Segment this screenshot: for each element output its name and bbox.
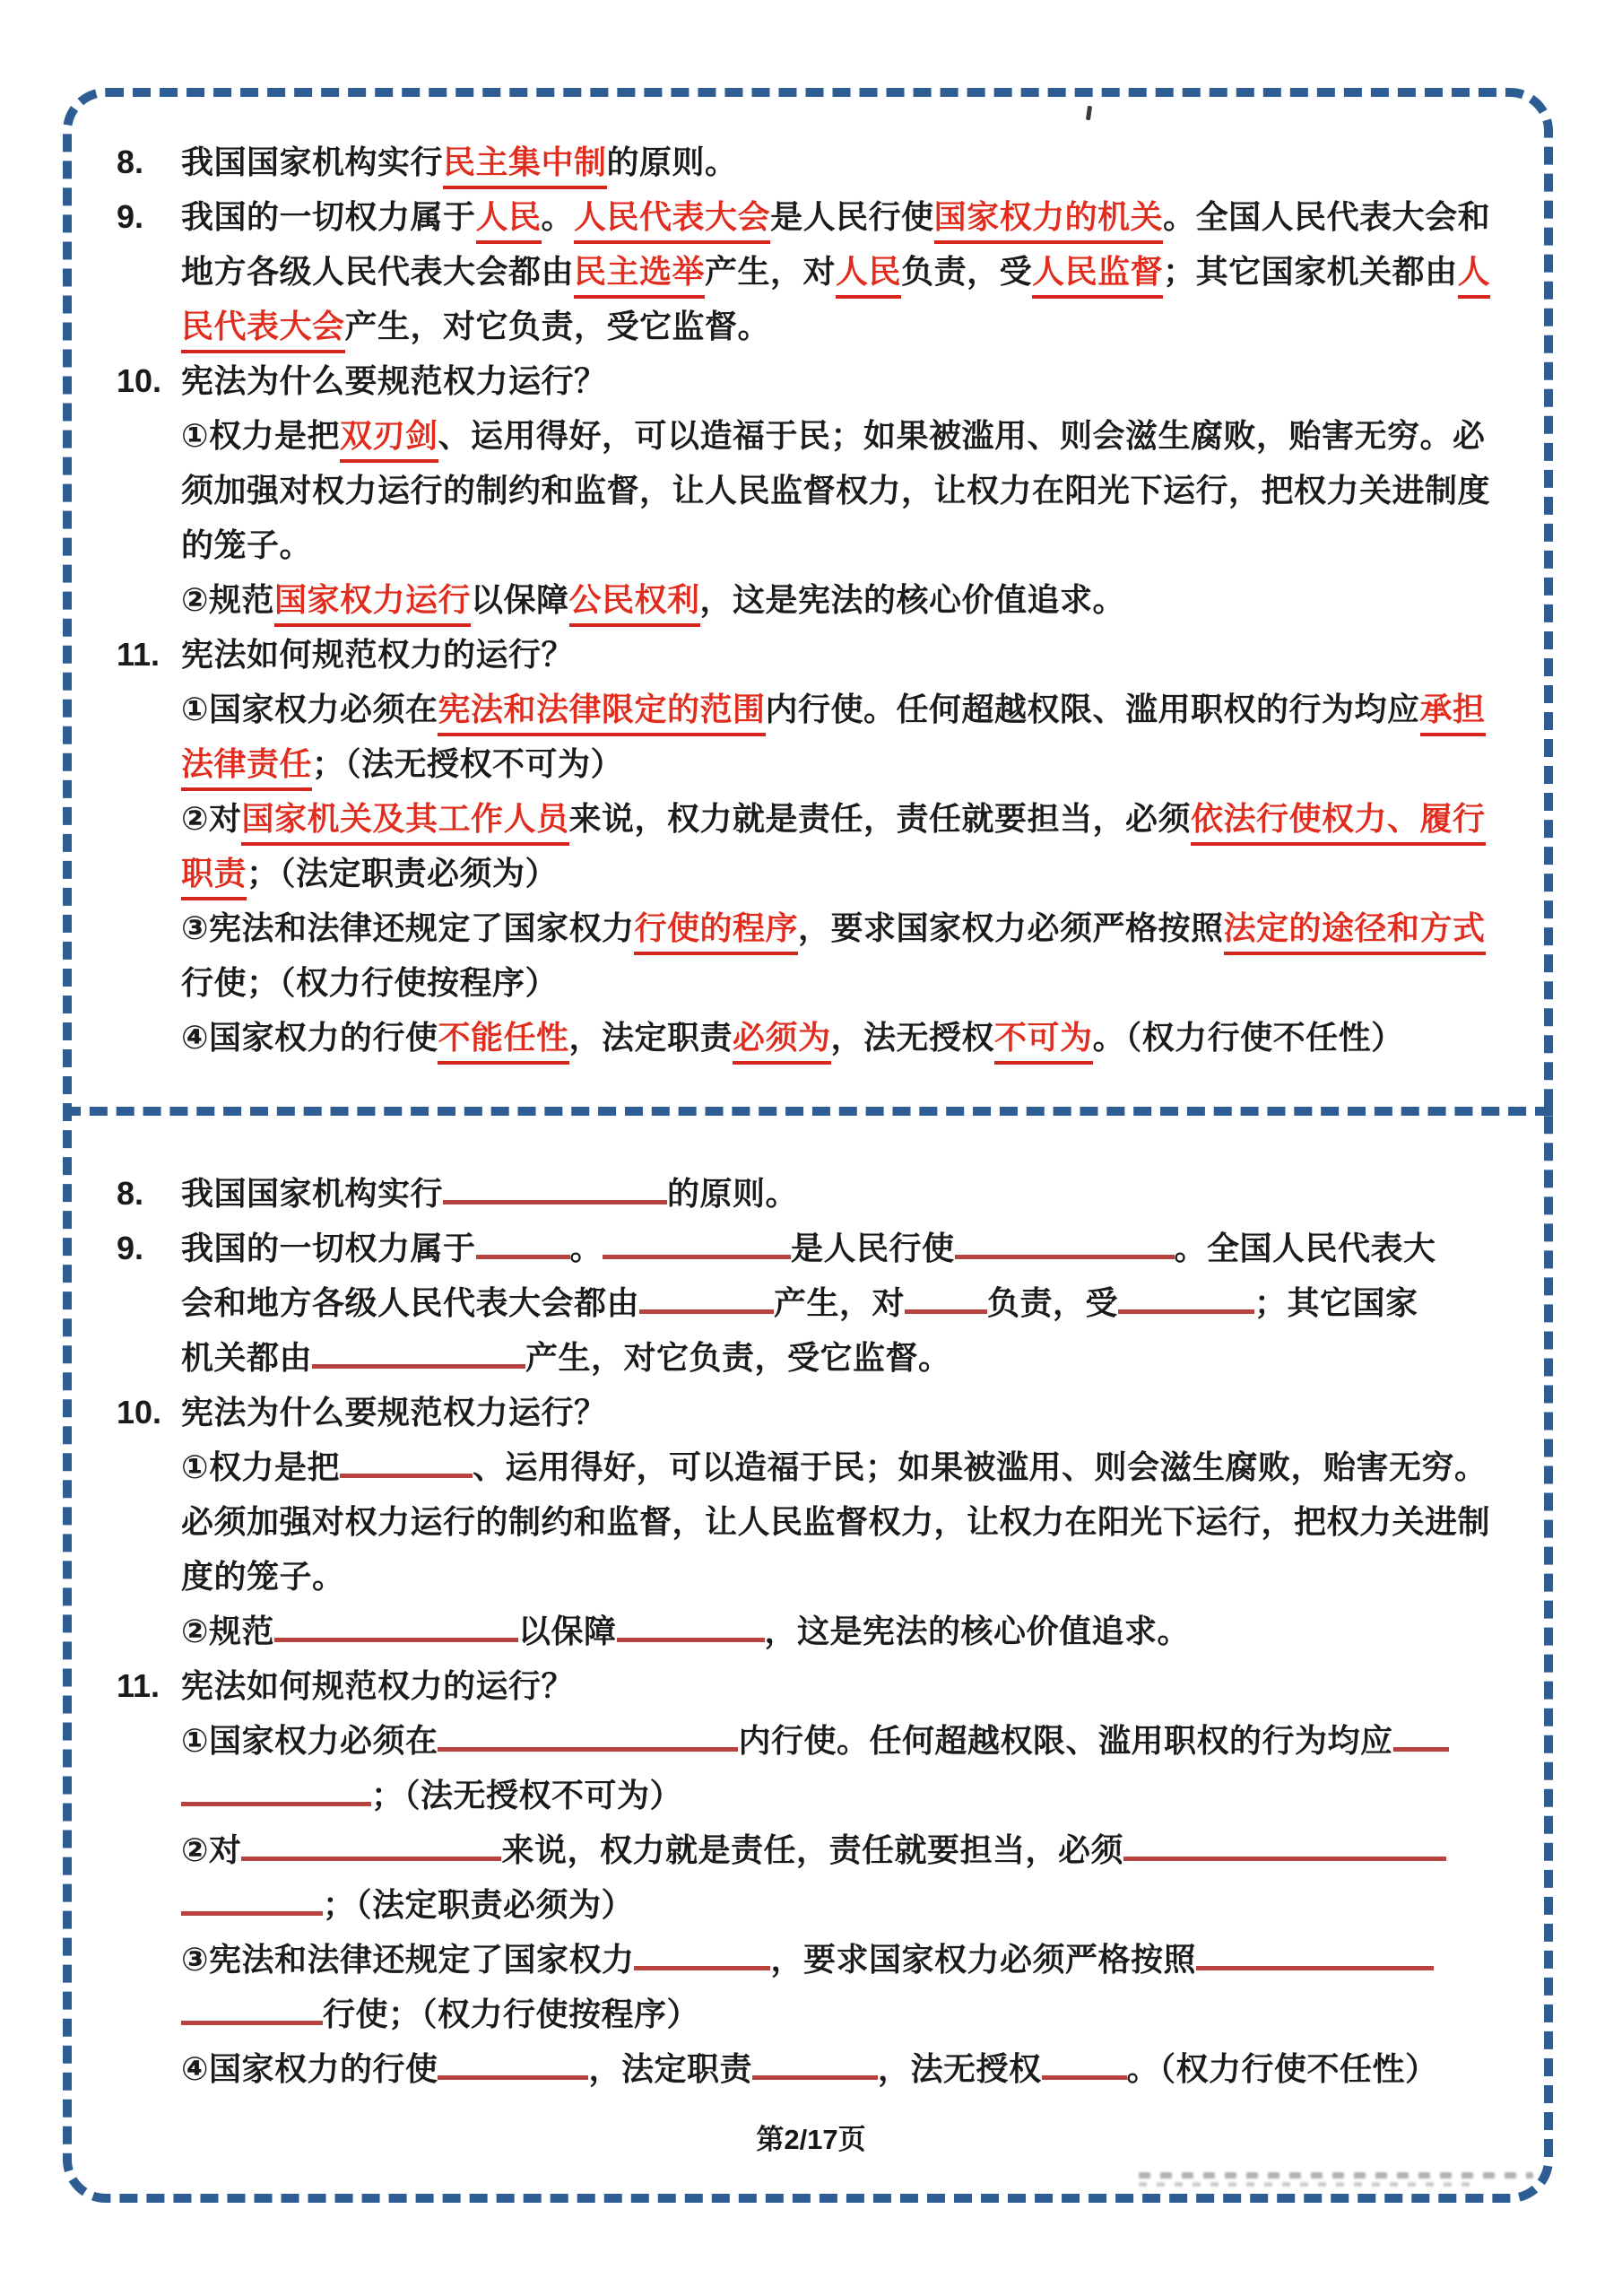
blank-line — [443, 1191, 667, 1205]
text-segment: 的原则。 — [607, 143, 738, 180]
text-line: 地方各级人民代表大会都由民主选举产生，对人民负责，受人民监督；其它国家机关都由人 — [181, 244, 1517, 299]
answer-text: 双刃剑 — [340, 413, 438, 463]
item-content: 宪法如何规范权力的运行？①国家权力必须在内行使。任何超越权限、滥用职权的行为均应… — [181, 1658, 1517, 2096]
answer-text: 人民代表大会 — [574, 195, 770, 244]
text-line: ④国家权力的行使不能任性，法定职责必须为，法无授权不可为。（权力行使不任性） — [181, 1010, 1517, 1065]
text-line: 宪法为什么要规范权力运行？ — [181, 1385, 1517, 1439]
text-segment: 我国的一切权力属于 — [181, 1230, 476, 1266]
item-content: 我国的一切权力属于人民。人民代表大会是人民行使国家权力的机关。全国人民代表大会和… — [181, 189, 1517, 353]
text-segment: ，法无授权 — [831, 1019, 995, 1056]
blank-line — [634, 1957, 770, 1970]
blank-line — [181, 1793, 371, 1806]
text-line: 行使；（权力行使按程序） — [181, 955, 1517, 1010]
text-segment: 产生，对它负责，受它监督。 — [345, 308, 771, 344]
watermark-scribble-bottom — [1139, 2182, 1478, 2187]
answer-text: 国家权力的机关 — [934, 195, 1164, 244]
text-segment: ，法定职责 — [569, 1019, 733, 1056]
text-segment: ；（法无授权不可为） — [371, 1777, 682, 1813]
item-number: 10. — [117, 1385, 181, 1439]
dashed-border-box: 8.我国国家机构实行民主集中制的原则。9.我国的一切权力属于人民。人民代表大会是… — [63, 88, 1553, 2203]
text-segment: ①权力是把 — [181, 417, 340, 454]
item-content: 我国国家机构实行民主集中制的原则。 — [181, 135, 1517, 189]
text-line: ①国家权力必须在宪法和法律限定的范围内行使。任何超越权限、滥用职权的行为均应承担 — [181, 682, 1517, 736]
item-number: 9. — [117, 1221, 181, 1275]
text-segment: 来说，权力就是责任，责任就要担当，必须 — [569, 800, 1192, 837]
text-segment: 是人民行使 — [791, 1230, 955, 1266]
text-line: 必须加强对权力运行的制约和监督，让人民监督权力，让权力在阳光下运行，把权力关进制 — [181, 1494, 1517, 1549]
text-line: 宪法如何规范权力的运行？ — [181, 1658, 1517, 1713]
text-segment: ①国家权力必须在 — [181, 1722, 438, 1759]
text-segment: 以保障 — [471, 581, 569, 618]
text-segment: 行使；（权力行使按程序） — [181, 964, 558, 1001]
blank-line — [1123, 1848, 1446, 1861]
text-line: 民代表大会产生，对它负责，受它监督。 — [181, 299, 1517, 353]
text-line: ③宪法和法律还规定了国家权力，要求国家权力必须严格按照 — [181, 1932, 1517, 1987]
text-segment: ③宪法和法律还规定了国家权力 — [181, 909, 634, 946]
text-line: 会和地方各级人民代表大会都由产生，对负责，受；其它国家 — [181, 1275, 1517, 1330]
text-segment: 、运用得好，可以造福于民；如果被滥用、则会滋生腐败，贻害无穷。 — [473, 1448, 1488, 1485]
watermark-scribble-top — [1139, 2172, 1533, 2179]
text-line: 职责；（法定职责必须为） — [181, 846, 1517, 900]
text-segment: 我国国家机构实行 — [181, 143, 443, 180]
answer-text: 行使的程序 — [634, 906, 798, 955]
text-line: ；（法定职责必须为） — [181, 1877, 1517, 1932]
page-number: 第2/17页 — [0, 2117, 1622, 2157]
text-segment: 宪法为什么要规范权力运行？ — [181, 1394, 607, 1431]
text-segment: 以保障 — [518, 1613, 617, 1649]
text-line: ②规范以保障，这是宪法的核心价值追求。 — [181, 1604, 1517, 1658]
text-segment: ，要求国家权力必须严格按照 — [798, 909, 1224, 946]
answer-text: 必须为 — [733, 1015, 831, 1065]
answer-text: 法定的途径和方式 — [1224, 906, 1486, 955]
answer-text: 民代表大会 — [181, 304, 345, 353]
section-divider — [63, 1107, 1553, 1116]
blank-line — [905, 1300, 987, 1314]
item-number: 10. — [117, 353, 181, 408]
blank-line — [312, 1355, 525, 1369]
question-item: 9.我国的一切权力属于。是人民行使。全国人民代表大会和地方各级人民代表大会都由产… — [117, 1221, 1517, 1385]
text-segment: ②对 — [181, 800, 241, 837]
text-line: 我国的一切权力属于。是人民行使。全国人民代表大 — [181, 1221, 1517, 1275]
answer-text: 承担 — [1420, 687, 1486, 736]
text-line: 机关都由产生，对它负责，受它监督。 — [181, 1330, 1517, 1385]
blank-line — [340, 1465, 473, 1478]
text-line: ④国家权力的行使，法定职责，法无授权。（权力行使不任性） — [181, 2041, 1517, 2096]
text-segment: ，这是宪法的核心价值追求。 — [700, 581, 1126, 618]
text-segment: 须加强对权力运行的制约和监督，让人民监督权力，让权力在阳光下运行，把权力关进制度 — [181, 472, 1490, 509]
text-segment: ②规范 — [181, 581, 274, 618]
blank-line — [181, 1902, 323, 1916]
fill-in-blank-section: 8.我国国家机构实行的原则。9.我国的一切权力属于。是人民行使。全国人民代表大会… — [117, 1166, 1517, 2096]
text-segment: 必须加强对权力运行的制约和监督，让人民监督权力，让权力在阳光下运行，把权力关进制 — [181, 1503, 1490, 1540]
text-segment: 负责，受 — [987, 1284, 1118, 1321]
text-segment: 的笼子。 — [181, 526, 312, 563]
text-line: ①权力是把双刃剑、运用得好，可以造福于民；如果被滥用、则会滋生腐败，贻害无穷。必 — [181, 408, 1517, 463]
text-line: ③宪法和法律还规定了国家权力行使的程序，要求国家权力必须严格按照法定的途径和方式 — [181, 900, 1517, 955]
text-segment: 内行使。任何超越权限、滥用职权的行为均应 — [766, 691, 1420, 727]
text-line: 度的笼子。 — [181, 1549, 1517, 1604]
text-segment: 产生，对 — [774, 1284, 905, 1321]
item-number: 8. — [117, 1166, 181, 1221]
text-line: ①权力是把、运用得好，可以造福于民；如果被滥用、则会滋生腐败，贻害无穷。 — [181, 1439, 1517, 1494]
blank-line — [476, 1246, 570, 1259]
question-item: 11.宪法如何规范权力的运行？①国家权力必须在宪法和法律限定的范围内行使。任何超… — [117, 627, 1517, 1065]
text-segment: 产生，对 — [705, 253, 836, 290]
answer-text: 人 — [1458, 249, 1491, 299]
item-number: 11. — [117, 627, 181, 682]
question-item: 9.我国的一切权力属于人民。人民代表大会是人民行使国家权力的机关。全国人民代表大… — [117, 189, 1517, 353]
text-segment: 的原则。 — [667, 1175, 798, 1212]
text-segment: 。（权力行使不任性） — [1093, 1019, 1404, 1056]
text-segment: ；（法定职责必须为） — [247, 855, 558, 891]
text-segment: 产生，对它负责，受它监督。 — [525, 1339, 951, 1376]
text-line: ②规范国家权力运行以保障公民权利，这是宪法的核心价值追求。 — [181, 572, 1517, 627]
answer-text: 人民监督 — [1032, 249, 1163, 299]
answer-text: 人民 — [476, 195, 542, 244]
watermark-artifact — [1139, 2170, 1533, 2190]
answer-text: 公民权利 — [569, 578, 700, 627]
text-segment: ，法无授权 — [878, 2050, 1042, 2087]
blank-line — [617, 1629, 765, 1642]
answer-text: 民主集中制 — [443, 140, 607, 189]
text-segment: 行使；（权力行使按程序） — [323, 1996, 699, 2032]
text-line: ②对来说，权力就是责任，责任就要担当，必须 — [181, 1822, 1517, 1877]
question-item: 8.我国国家机构实行的原则。 — [117, 1166, 1517, 1221]
text-segment: 我国国家机构实行 — [181, 1175, 443, 1212]
text-segment: 我国的一切权力属于 — [181, 198, 476, 235]
blank-line — [1196, 1957, 1434, 1970]
text-segment: 。 — [570, 1230, 603, 1266]
text-segment: 宪法如何规范权力的运行？ — [181, 636, 574, 673]
blank-line — [438, 2066, 588, 2080]
text-segment: ，这是宪法的核心价值追求。 — [765, 1613, 1191, 1649]
blank-line — [752, 2066, 878, 2080]
blank-line — [955, 1246, 1175, 1259]
text-segment: 来说，权力就是责任，责任就要担当，必须 — [501, 1831, 1123, 1868]
text-segment: 、运用得好，可以造福于民；如果被滥用、则会滋生腐败，贻害无穷。必 — [438, 417, 1486, 454]
blank-line — [1393, 1738, 1449, 1752]
text-segment: 。 — [542, 198, 575, 235]
answer-text: 依法行使权力、履行 — [1191, 796, 1486, 846]
text-segment: 内行使。任何超越权限、滥用职权的行为均应 — [738, 1722, 1392, 1759]
item-content: 宪法为什么要规范权力运行？①权力是把双刃剑、运用得好，可以造福于民；如果被滥用、… — [181, 353, 1517, 627]
answer-text: 不可为 — [994, 1015, 1093, 1065]
text-line: 须加强对权力运行的制约和监督，让人民监督权力，让权力在阳光下运行，把权力关进制度 — [181, 463, 1517, 517]
item-number: 11. — [117, 1658, 181, 1713]
item-content: 我国国家机构实行的原则。 — [181, 1166, 1517, 1221]
text-line: 的笼子。 — [181, 517, 1517, 572]
text-line: ②对国家机关及其工作人员来说，权力就是责任，责任就要担当，必须依法行使权力、履行 — [181, 791, 1517, 846]
text-segment: ；（法定职责必须为） — [323, 1886, 634, 1923]
blank-line — [1042, 2066, 1127, 2080]
text-line: 法律责任；（法无授权不可为） — [181, 736, 1517, 791]
text-segment: ；（法无授权不可为） — [312, 745, 623, 782]
answer-text: 国家机关及其工作人员 — [241, 796, 568, 846]
text-segment: ④国家权力的行使 — [181, 2050, 438, 2087]
answer-key-section: 8.我国国家机构实行民主集中制的原则。9.我国的一切权力属于人民。人民代表大会是… — [117, 135, 1517, 1065]
text-segment: 机关都由 — [181, 1339, 312, 1376]
text-line: 宪法如何规范权力的运行？ — [181, 627, 1517, 682]
question-item: 10.宪法为什么要规范权力运行？①权力是把双刃剑、运用得好，可以造福于民；如果被… — [117, 353, 1517, 627]
question-item: 11.宪法如何规范权力的运行？①国家权力必须在内行使。任何超越权限、滥用职权的行… — [117, 1658, 1517, 2096]
answer-text: 民主选举 — [574, 249, 705, 299]
answer-text: 人民 — [836, 249, 901, 299]
text-segment: ④国家权力的行使 — [181, 1019, 438, 1056]
text-line: 行使；（权力行使按程序） — [181, 1987, 1517, 2041]
text-segment: 负责，受 — [901, 253, 1032, 290]
text-segment: ，法定职责 — [588, 2050, 752, 2087]
text-segment: 。全国人民代表大 — [1175, 1230, 1436, 1266]
blank-line — [1118, 1300, 1254, 1314]
answer-text: 宪法和法律限定的范围 — [438, 687, 765, 736]
text-segment: 宪法如何规范权力的运行？ — [181, 1667, 574, 1704]
text-segment: ②对 — [181, 1831, 241, 1868]
answer-text: 不能任性 — [438, 1015, 568, 1065]
text-line: 我国国家机构实行民主集中制的原则。 — [181, 135, 1517, 189]
text-line: 我国国家机构实行的原则。 — [181, 1166, 1517, 1221]
item-content: 宪法为什么要规范权力运行？①权力是把、运用得好，可以造福于民；如果被滥用、则会滋… — [181, 1385, 1517, 1658]
blank-line — [639, 1300, 774, 1314]
text-segment: 。（权力行使不任性） — [1127, 2050, 1438, 2087]
item-content: 宪法如何规范权力的运行？①国家权力必须在宪法和法律限定的范围内行使。任何超越权限… — [181, 627, 1517, 1065]
text-segment: 宪法为什么要规范权力运行？ — [181, 362, 607, 399]
question-item: 10.宪法为什么要规范权力运行？①权力是把、运用得好，可以造福于民；如果被滥用、… — [117, 1385, 1517, 1658]
answer-text: 职责 — [181, 851, 247, 900]
text-segment: 会和地方各级人民代表大会都由 — [181, 1284, 639, 1321]
text-segment: ；其它国家机关都由 — [1163, 253, 1458, 290]
blank-line — [241, 1848, 501, 1861]
text-segment: ，要求国家权力必须严格按照 — [770, 1941, 1196, 1978]
blank-line — [181, 2012, 323, 2025]
worksheet-page: 8.我国国家机构实行民主集中制的原则。9.我国的一切权力属于人民。人民代表大会是… — [0, 0, 1622, 2296]
question-item: 8.我国国家机构实行民主集中制的原则。 — [117, 135, 1517, 189]
answer-text: 国家权力运行 — [274, 578, 471, 627]
blank-line — [603, 1246, 791, 1259]
blank-line — [274, 1629, 518, 1642]
text-segment: 。全国人民代表大会和 — [1163, 198, 1490, 235]
text-segment: 是人民行使 — [770, 198, 934, 235]
text-segment: 地方各级人民代表大会都由 — [181, 253, 574, 290]
item-number: 8. — [117, 135, 181, 189]
text-segment: ①国家权力必须在 — [181, 691, 438, 727]
text-segment: 度的笼子。 — [181, 1558, 345, 1595]
text-segment: ①权力是把 — [181, 1448, 340, 1485]
text-line: 我国的一切权力属于人民。人民代表大会是人民行使国家权力的机关。全国人民代表大会和 — [181, 189, 1517, 244]
text-segment: ③宪法和法律还规定了国家权力 — [181, 1941, 634, 1978]
text-line: ①国家权力必须在内行使。任何超越权限、滥用职权的行为均应 — [181, 1713, 1517, 1768]
text-segment: ；其它国家 — [1254, 1284, 1418, 1321]
text-segment: ②规范 — [181, 1613, 274, 1649]
text-line: 宪法为什么要规范权力运行？ — [181, 353, 1517, 408]
item-content: 我国的一切权力属于。是人民行使。全国人民代表大会和地方各级人民代表大会都由产生，… — [181, 1221, 1517, 1385]
answer-text: 法律责任 — [181, 742, 312, 791]
blank-line — [438, 1738, 738, 1752]
text-line: ；（法无授权不可为） — [181, 1768, 1517, 1822]
item-number: 9. — [117, 189, 181, 244]
